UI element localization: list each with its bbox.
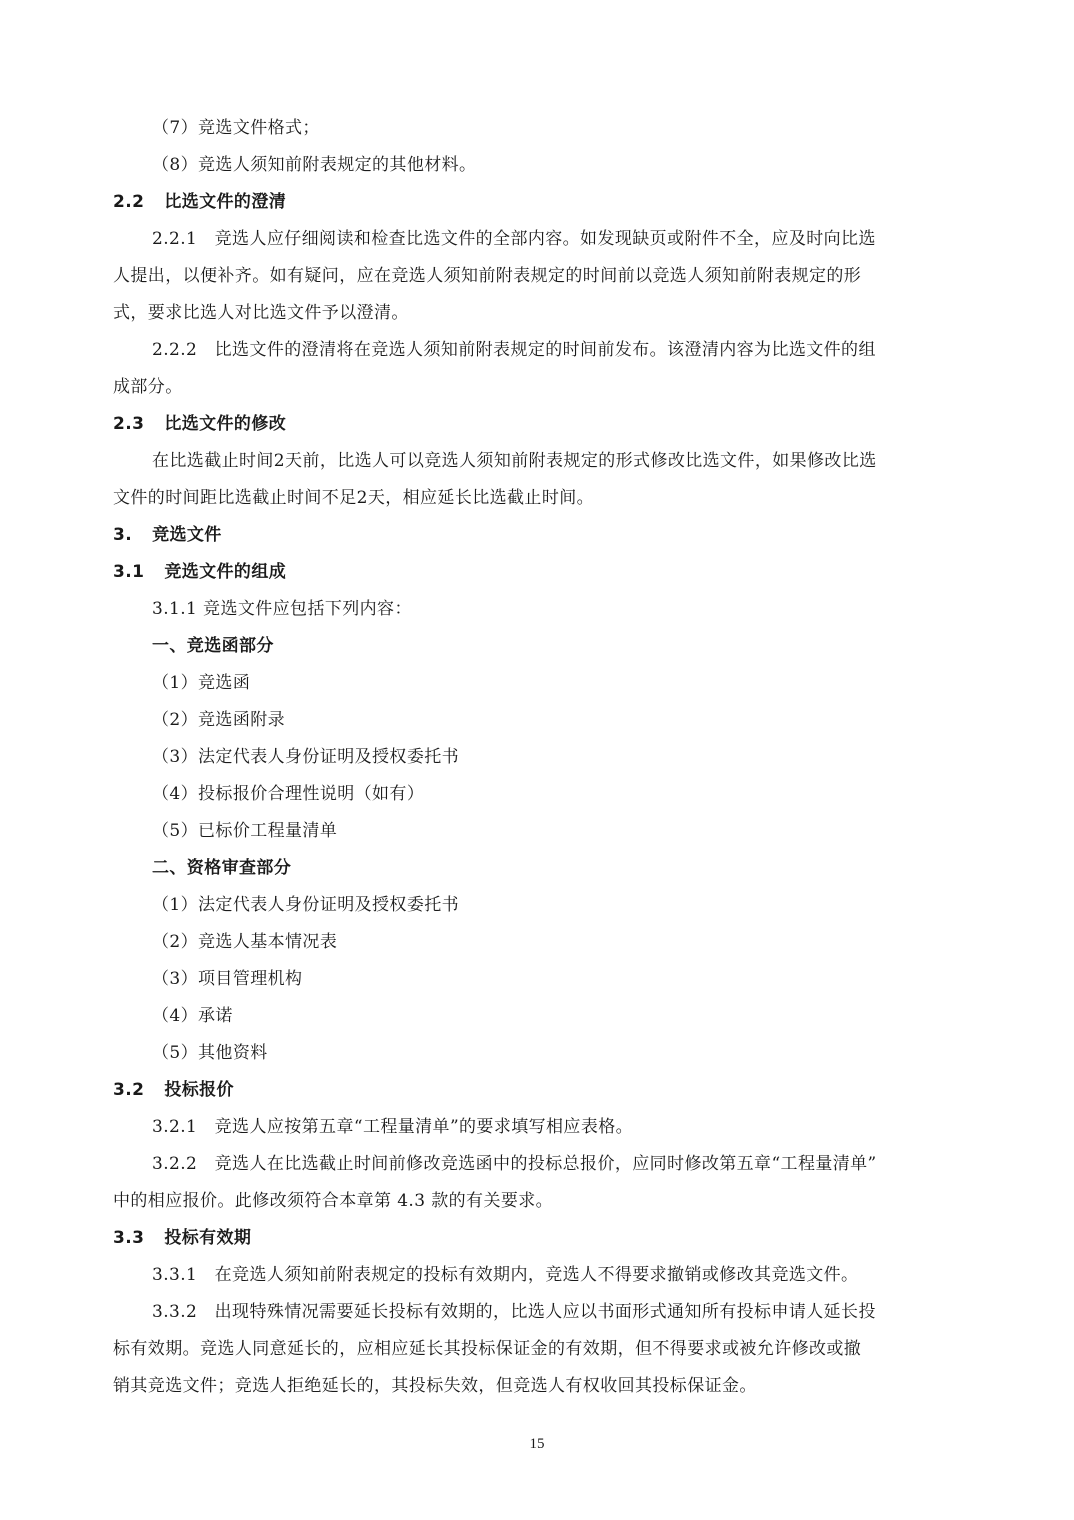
- list-item: （8）竞选人须知前附表规定的其他材料。: [152, 154, 476, 176]
- paragraph-line: 成部分。: [113, 376, 183, 398]
- page-number: 15: [0, 1436, 1074, 1453]
- list-item: （1）竞选函: [152, 672, 250, 694]
- list-item: （5）已标价工程量清单: [152, 820, 337, 842]
- list-item: （7）竞选文件格式；: [152, 117, 320, 139]
- list-item: （4）投标报价合理性说明（如有）: [152, 783, 424, 805]
- list-item: （4）承诺: [152, 1005, 233, 1027]
- paragraph-line: 文件的时间距比选截止时间不足2天，相应延长比选截止时间。: [113, 487, 594, 509]
- paragraph-line: 3.1.1 竞选文件应包括下列内容：: [152, 598, 412, 620]
- subsection-heading: 二、资格审查部分: [152, 857, 291, 879]
- section-title: 比选文件的澄清: [164, 192, 286, 212]
- section-heading: 3.1竞选文件的组成: [113, 561, 286, 583]
- document-page: （7）竞选文件格式； （8）竞选人须知前附表规定的其他材料。 2.2比选文件的澄…: [0, 0, 1074, 1520]
- list-item: （2）竞选人基本情况表: [152, 931, 337, 953]
- paragraph-line: 中的相应报价。此修改须符合本章第 4.3 款的有关要求。: [113, 1190, 553, 1212]
- paragraph-line: 2.2.2 比选文件的澄清将在竞选人须知前附表规定的时间前发布。该澄清内容为比选…: [152, 339, 876, 361]
- section-title: 竞选文件的组成: [164, 562, 286, 582]
- paragraph-line: 3.3.1 在竞选人须知前附表规定的投标有效期内，竞选人不得要求撤销或修改其竞选…: [152, 1264, 858, 1286]
- section-number: 3.1: [113, 561, 144, 583]
- subsection-heading: 一、竞选函部分: [152, 635, 274, 657]
- list-item: （5）其他资料: [152, 1042, 268, 1064]
- paragraph-line: 人提出，以便补齐。如有疑问，应在竞选人须知前附表规定的时间前以竞选人须知前附表规…: [113, 265, 861, 287]
- section-heading: 3.竞选文件: [113, 524, 222, 546]
- section-heading: 3.2投标报价: [113, 1079, 234, 1101]
- section-number: 3.3: [113, 1227, 144, 1249]
- section-number: 3.2: [113, 1079, 144, 1101]
- section-number: 3.: [113, 524, 132, 546]
- paragraph-line: 标有效期。竞选人同意延长的，应相应延长其投标保证金的有效期，但不得要求或被允许修…: [113, 1338, 861, 1360]
- paragraph-line: 销其竞选文件；竞选人拒绝延长的，其投标失效，但竞选人有权收回其投标保证金。: [113, 1375, 757, 1397]
- list-item: （3）项目管理机构: [152, 968, 302, 990]
- paragraph-line: 式，要求比选人对比选文件予以澄清。: [113, 302, 409, 324]
- paragraph-line: 3.2.1 竞选人应按第五章“工程量清单”的要求填写相应表格。: [152, 1116, 633, 1138]
- section-title: 比选文件的修改: [164, 414, 286, 434]
- section-title: 竞选文件: [152, 525, 222, 545]
- paragraph-line: 在比选截止时间2天前，比选人可以竞选人须知前附表规定的形式修改比选文件，如果修改…: [152, 450, 877, 472]
- section-number: 2.3: [113, 413, 144, 435]
- section-heading: 3.3投标有效期: [113, 1227, 251, 1249]
- list-item: （3）法定代表人身份证明及授权委托书: [152, 746, 459, 768]
- section-heading: 2.3比选文件的修改: [113, 413, 286, 435]
- section-title: 投标报价: [164, 1080, 234, 1100]
- paragraph-line: 2.2.1 竞选人应仔细阅读和检查比选文件的全部内容。如发现缺页或附件不全，应及…: [152, 228, 876, 250]
- list-item: （1）法定代表人身份证明及授权委托书: [152, 894, 459, 916]
- section-number: 2.2: [113, 191, 144, 213]
- list-item: （2）竞选函附录: [152, 709, 285, 731]
- section-title: 投标有效期: [164, 1228, 251, 1248]
- paragraph-line: 3.2.2 竞选人在比选截止时间前修改竞选函中的投标总报价，应同时修改第五章“工…: [152, 1153, 877, 1175]
- section-heading: 2.2比选文件的澄清: [113, 191, 286, 213]
- paragraph-line: 3.3.2 出现特殊情况需要延长投标有效期的，比选人应以书面形式通知所有投标申请…: [152, 1301, 876, 1323]
